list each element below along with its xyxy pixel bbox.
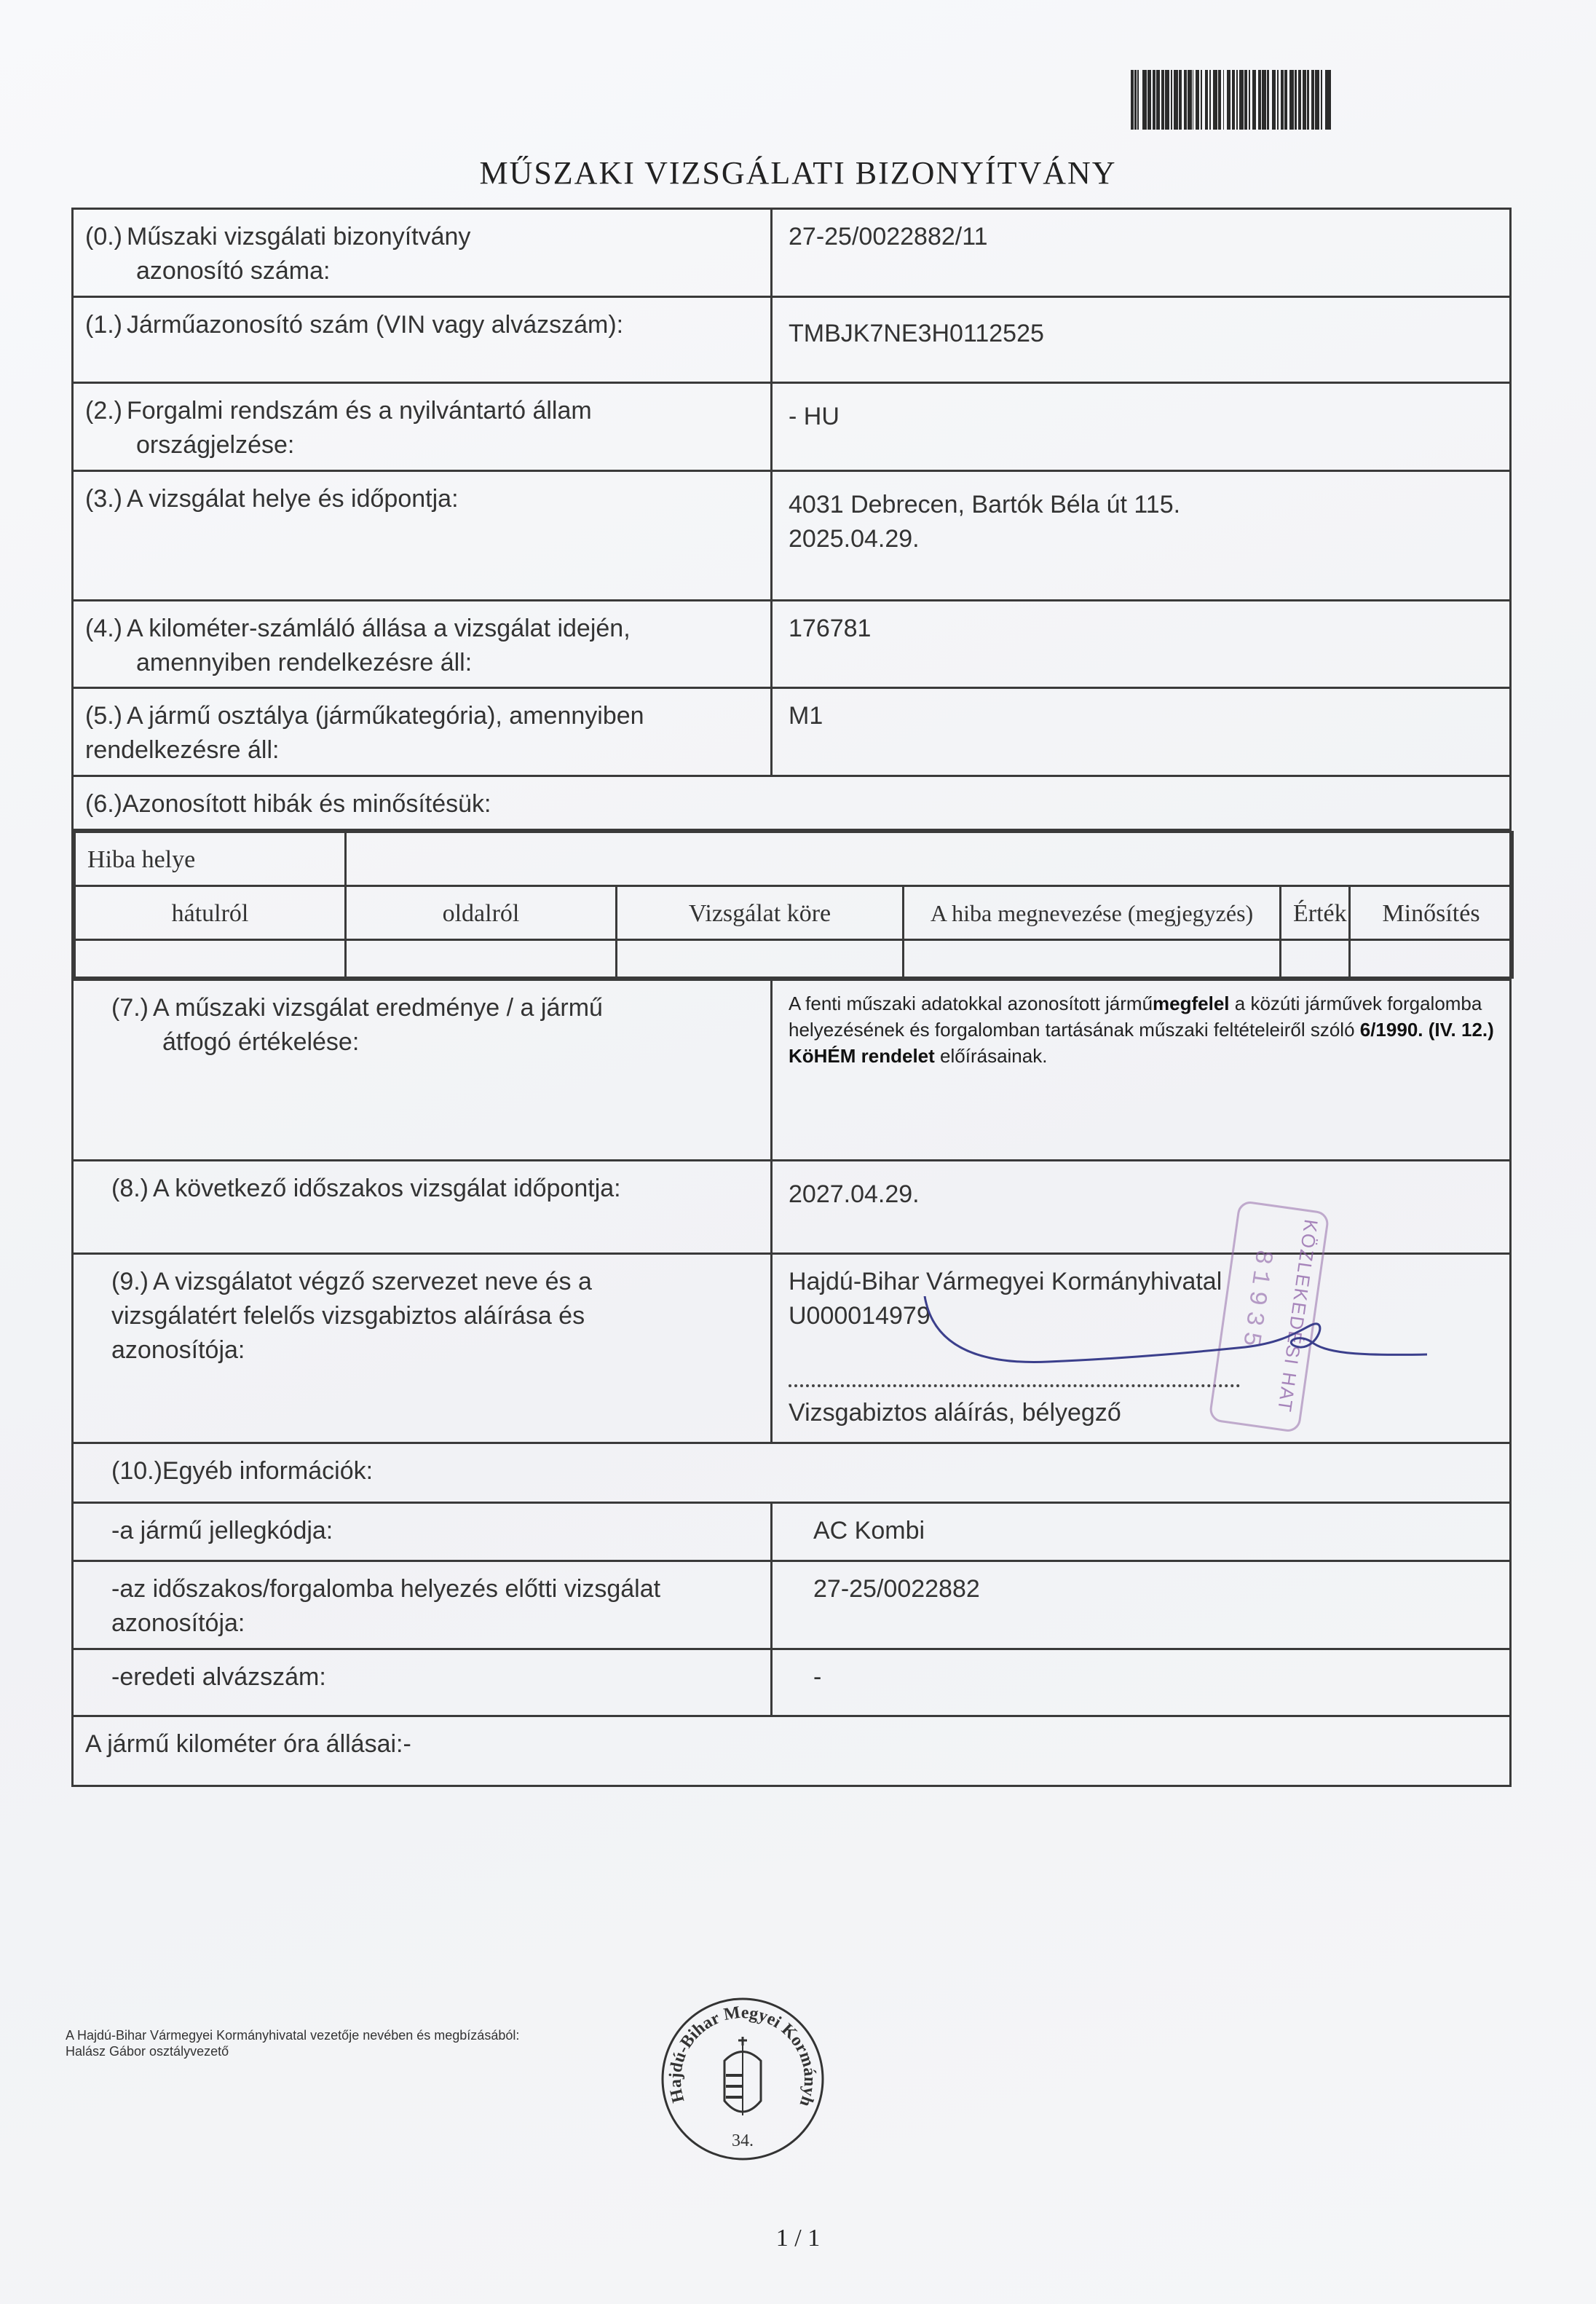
svg-text:Hajdú-Bihar Megyei Kormányhiva: Hajdú-Bihar Megyei Kormányhivatal — [655, 1992, 819, 2109]
signature-caption: Vizsgabiztos aláírás, bélyegző — [789, 1396, 1498, 1430]
field-row-vehicle-class: (5.)A jármű osztálya (járműkategória), a… — [73, 688, 1511, 776]
field-label: (9.)A vizsgálatot végző szervezet neve é… — [73, 1253, 772, 1443]
field-label: (0.)Műszaki vizsgálati bizonyítvány azon… — [73, 209, 772, 297]
inspector-signature — [903, 1296, 1427, 1384]
result-status: megfelel — [1153, 993, 1230, 1014]
column-header-value: Érték — [1281, 886, 1350, 940]
registration-value: - HU — [772, 382, 1511, 470]
signature-line — [789, 1384, 1240, 1387]
field-row-odometer: (4.)A kilométer-számláló állása a vizsgá… — [73, 600, 1511, 688]
vehicle-class-value: M1 — [772, 688, 1511, 776]
defects-table: Hiba helye hátulról oldalról Vizsgálat k… — [74, 831, 1514, 979]
field-label: (5.)A jármű osztálya (járműkategória), a… — [73, 688, 772, 776]
footer-authorization: A Hajdú-Bihar Vármegyei Kormányhivatal v… — [66, 2028, 519, 2059]
column-header-inspection-scope: Vizsgálat köre — [617, 886, 904, 940]
certificate-table: (0.)Műszaki vizsgálati bizonyítvány azon… — [71, 208, 1512, 1787]
other-info-header: (10.)Egyéb információk: — [73, 1443, 1511, 1502]
field-label: (7.)A műszaki vizsgálat eredménye / a já… — [73, 979, 772, 1160]
svg-text:34.: 34. — [732, 2131, 754, 2150]
odometer-value: 176781 — [772, 600, 1511, 688]
inspector-organization: Hajdú-Bihar Vármegyei Kormányhivatal — [789, 1268, 1222, 1295]
odometer-readings-row: A jármű kilométer óra állásai:- — [73, 1716, 1511, 1786]
location-date-value: 4031 Debrecen, Bartók Béla út 115. 2025.… — [772, 470, 1511, 600]
column-header-defect-name: A hiba megnevezése (megjegyzés) — [904, 886, 1281, 940]
field-label: (4.)A kilométer-számláló állása a vizsgá… — [73, 600, 772, 688]
defects-empty-row — [75, 939, 1513, 977]
original-chassis-value: - — [772, 1649, 1511, 1716]
prior-inspection-id-value: 27-25/0022882 — [772, 1561, 1511, 1649]
other-info-row-prior-inspection: -az időszakos/forgalomba helyezés előtti… — [73, 1561, 1511, 1649]
next-inspection-value: 2027.04.29. — [772, 1160, 1511, 1253]
column-header-side: oldalról — [346, 886, 617, 940]
column-header-rear: hátulról — [75, 886, 346, 940]
other-info-row-original-chassis: -eredeti alvázszám: - — [73, 1649, 1511, 1716]
field-row-certificate-id: (0.)Műszaki vizsgálati bizonyítvány azon… — [73, 209, 1511, 297]
field-row-result: (7.)A műszaki vizsgálat eredménye / a já… — [73, 979, 1511, 1160]
type-code-value: AC Kombi — [772, 1502, 1511, 1561]
coat-of-arms-icon — [724, 2037, 761, 2115]
defects-section-header: (6.)Azonosított hibák és minősítésük: — [73, 776, 1511, 830]
official-seal-icon: Hajdú-Bihar Megyei Kormányhivatal 34. — [655, 1992, 830, 2166]
field-label: (3.)A vizsgálat helye és időpontja: — [73, 470, 772, 600]
other-info-row-type-code: -a jármű jellegkódja: AC Kombi — [73, 1502, 1511, 1561]
column-header-rating: Minősítés — [1350, 886, 1513, 940]
field-label: (2.)Forgalmi rendszám és a nyilvántartó … — [73, 382, 772, 470]
field-label: (1.)Járműazonosító szám (VIN vagy alvázs… — [73, 296, 772, 382]
vin-value: TMBJK7NE3H0112525 — [772, 296, 1511, 382]
page-number: 1 / 1 — [0, 2225, 1596, 2252]
field-row-registration: (2.)Forgalmi rendszám és a nyilvántartó … — [73, 382, 1511, 470]
defects-column-headers: hátulról oldalról Vizsgálat köre A hiba … — [75, 886, 1513, 940]
field-label: (8.)A következő időszakos vizsgálat időp… — [73, 1160, 772, 1253]
certificate-id-value: 27-25/0022882/11 — [772, 209, 1511, 297]
defect-location-header: Hiba helye — [75, 832, 346, 886]
document-title: MŰSZAKI VIZSGÁLATI BIZONYÍTVÁNY — [0, 154, 1596, 192]
field-row-vin: (1.)Járműazonosító szám (VIN vagy alvázs… — [73, 296, 1511, 382]
certificate-page: MŰSZAKI VIZSGÁLATI BIZONYÍTVÁNY (0.)Műsz… — [0, 0, 1596, 2304]
field-row-location-date: (3.)A vizsgálat helye és időpontja: 4031… — [73, 470, 1511, 600]
result-value: A fenti műszaki adatokkal azonosított já… — [772, 979, 1511, 1160]
odometer-readings: A jármű kilométer óra állásai:- — [85, 1730, 411, 1758]
barcode-icon — [1131, 70, 1495, 130]
defects-table-row: Hiba helye hátulról oldalról Vizsgálat k… — [73, 830, 1511, 980]
